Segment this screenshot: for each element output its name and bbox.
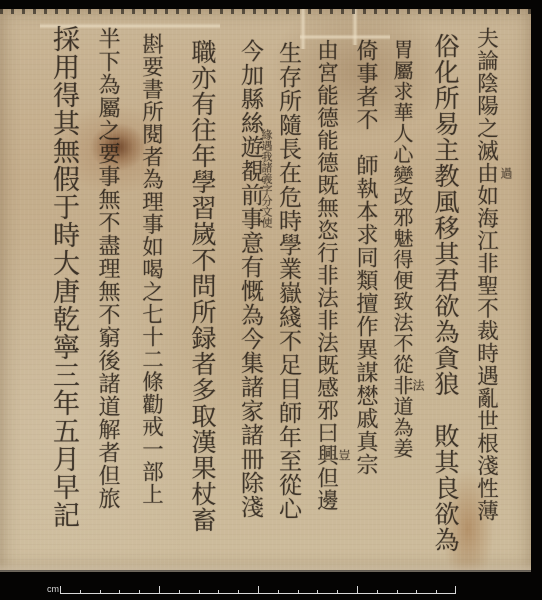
torn-edge-top (0, 6, 531, 14)
text-column-9: 斟要書所閱者為理事如喝之七十二條勸戒一部上 (140, 33, 162, 506)
text-column-1: 夫論陰陽之滅由如海江非聖不裁時遇亂世根淺性薄 (475, 27, 497, 522)
scale-tick-minor (100, 590, 101, 594)
text-column-5: 由宮能德能德既無恣行非法非法既感邪曰興但邊 (315, 39, 337, 512)
scale-tick-major (258, 586, 259, 594)
text-column-3: 胃屬求華人心變改邪魅得便致法不從非道為姜 (392, 39, 412, 459)
scale-tick-minor (278, 590, 279, 594)
scale-tick-major (60, 586, 61, 594)
scale-tick-minor (397, 590, 398, 594)
scale-tick-minor (377, 590, 378, 594)
annotation-1: 過 (500, 167, 512, 179)
scale-tick-minor (337, 590, 338, 594)
scale-tick-major (159, 586, 160, 594)
scale-tick-minor (139, 590, 140, 594)
text-column-4: 倚事者不 師執本求同類擅作異謀𢡟戚真宗 (354, 39, 376, 476)
scale-unit-label: cm (47, 585, 59, 594)
scale-tick-minor (298, 590, 299, 594)
annotation-5: 豈 (338, 449, 350, 461)
scale-tick-minor (179, 590, 180, 594)
scale-tick-minor (119, 590, 120, 594)
scale-tick-minor (199, 590, 200, 594)
scale-tick-minor (218, 590, 219, 594)
torn-edge-bottom (0, 562, 531, 572)
text-column-2: 俗化所易主教風移其君欲為貪狼𢓨敗其良欲為 (433, 33, 458, 553)
manuscript-page: 夫論陰陽之滅由如海江非聖不裁時遇亂世根淺性薄 過 俗化所易主教風移其君欲為貪狼𢓨… (0, 9, 531, 570)
text-column-6: 生存所隨長在危時學業嶽綫不足目師年至從心 (276, 41, 299, 521)
scale-bar (60, 584, 456, 594)
scale-tick-minor (238, 590, 239, 594)
scale-tick-minor (80, 590, 81, 594)
scale-tick-minor (436, 590, 437, 594)
scale-tick-major (357, 586, 358, 594)
annotation-7: 緣遇我諸義字分文使 (261, 129, 272, 228)
image-viewer: 夫論陰陽之滅由如海江非聖不裁時遇亂世根淺性薄 過 俗化所易主教風移其君欲為貪狼𢓨… (0, 0, 542, 600)
scale-tick-major (455, 586, 456, 594)
text-column-8: 職亦有往年學習嵗不問所録者多取漢果杖畜 (190, 39, 215, 533)
text-column-7: 今加縣絲遊覩前事意有慨為今集諸家諸冊除淺 (238, 39, 261, 519)
scale-tick-minor (416, 590, 417, 594)
annotation-3: 法 (412, 379, 424, 391)
text-column-10: 半下為屬之要事無不盡理無不窮後諸道解者但旅 (96, 27, 118, 510)
scale-tick-minor (317, 590, 318, 594)
text-column-11: 採用得其無假于時大唐乾寧三年五月早記 (50, 25, 77, 529)
